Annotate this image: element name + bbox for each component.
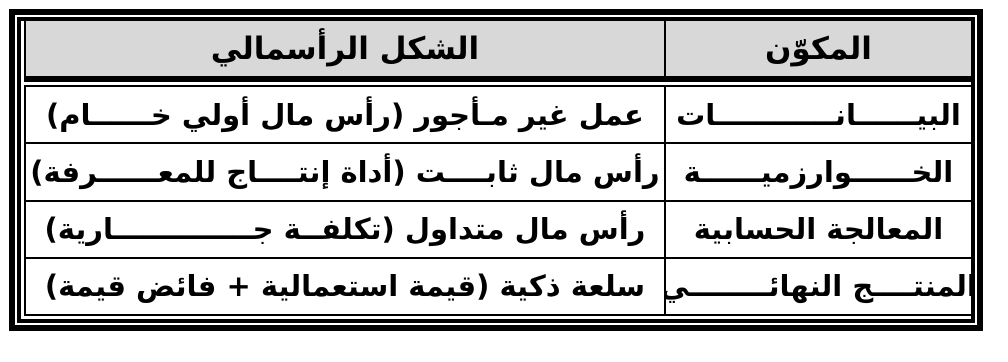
cell-component: الخــــــوارزميــــــة [664, 144, 971, 199]
header-cell-capital-form: الشكل الرأسمالي [26, 21, 664, 76]
table-body: البيــــــانــــــــــــات عمل غير مـأجو… [24, 85, 971, 316]
cell-capital-form: رأس مال ثابــــت (أداة إنتــــاج للمعـــ… [26, 144, 664, 199]
cell-capital-form: رأس مال متداول (تكلفــة جــــــــــــــا… [26, 202, 664, 257]
table-header-row: المكوّن الشكل الرأسمالي [24, 21, 971, 82]
table-outer-frame: المكوّن الشكل الرأسمالي البيــــــانــــ… [9, 9, 983, 331]
table-row: المنتــــج النهائــــــــي سلعة ذكية (قي… [26, 257, 971, 314]
cell-component: المنتــــج النهائــــــــي [664, 259, 971, 314]
cell-component: البيــــــانــــــــــــات [664, 87, 971, 142]
table-row: المعالجة الحسابية رأس مال متداول (تكلفــ… [26, 200, 971, 257]
cell-capital-form: عمل غير مـأجور (رأس مال أولي خــــــام) [26, 87, 664, 142]
capital-components-table: المكوّن الشكل الرأسمالي البيــــــانــــ… [17, 17, 975, 323]
table-row: الخــــــوارزميــــــة رأس مال ثابــــت … [26, 142, 971, 199]
table-row: البيــــــانــــــــــــات عمل غير مـأجو… [26, 87, 971, 142]
cell-capital-form: سلعة ذكية (قيمة استعمالية + فائض قيمة) [26, 259, 664, 314]
header-cell-component: المكوّن [664, 21, 971, 76]
page: المكوّن الشكل الرأسمالي البيــــــانــــ… [0, 0, 1008, 362]
cell-component: المعالجة الحسابية [664, 202, 971, 257]
